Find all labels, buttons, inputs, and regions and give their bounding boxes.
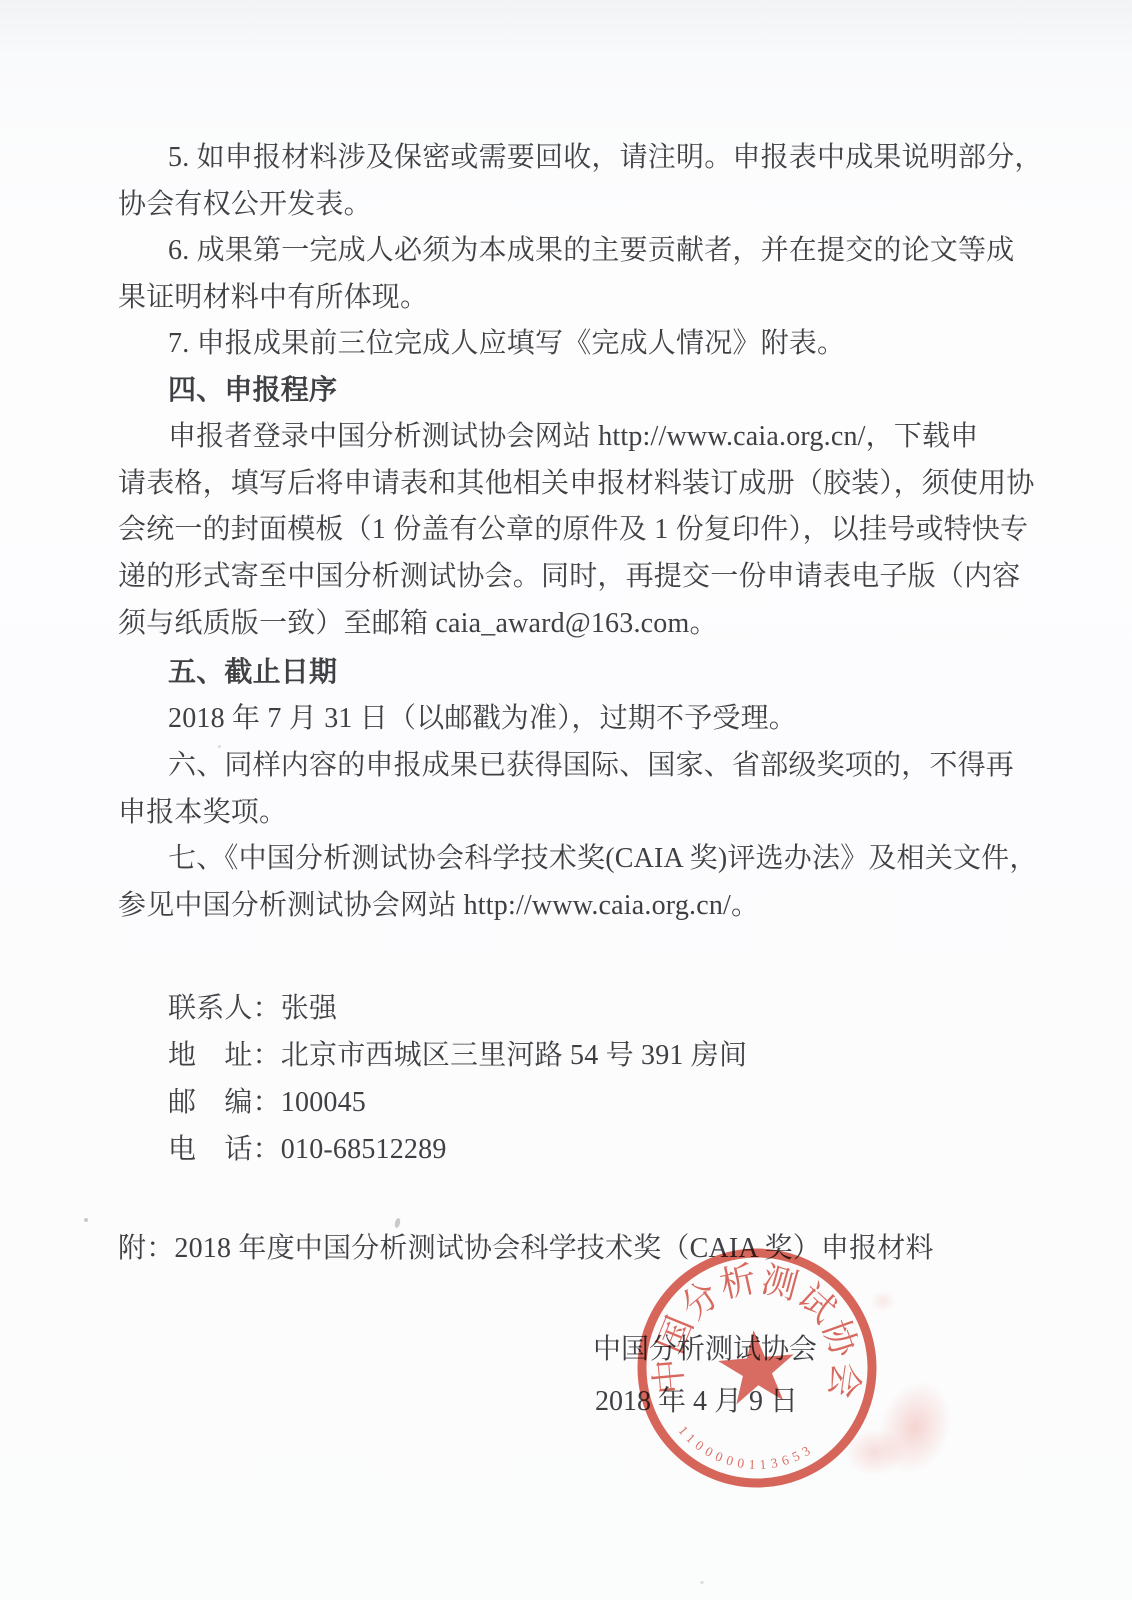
- text-line: 申报者登录中国分析测试协会网站 http://www.caia.org.cn/，…: [168, 420, 978, 454]
- text-line: 六、同样内容的申报成果已获得国际、国家、省部级奖项的，不得再: [168, 749, 1014, 783]
- text-line: 果证明材料中有所体现。: [118, 281, 428, 315]
- document-page: 5. 如申报材料涉及保密或需要回收，请注明。申报表中成果说明部分，协会有权公开发…: [0, 0, 1132, 1600]
- text-line: 地 址：北京市西城区三里河路 54 号 391 房间: [168, 1039, 747, 1073]
- text-line: 2018 年 7 月 31 日（以邮戳为准），过期不予受理。: [168, 702, 797, 736]
- text-line: 电 话：010-68512289: [168, 1133, 447, 1167]
- text-line: 会统一的封面模板（1 份盖有公章的原件及 1 份复印件），以挂号或特快专: [118, 513, 1028, 547]
- text-line: 七、《中国分析测试协会科学技术奖(CAIA 奖)评选办法》及相关文件，: [168, 842, 1038, 876]
- official-seal: 中国分析测试协会 1100000113653: [617, 1228, 897, 1508]
- text-line: 须与纸质版一致）至邮箱 caia_award@163.com。: [118, 607, 718, 641]
- text-line: 协会有权公开发表。: [118, 188, 372, 222]
- text-line: 四、申报程序: [168, 374, 337, 408]
- svg-text:1100000113653: 1100000113653: [672, 1422, 817, 1480]
- scan-speck: [84, 1218, 88, 1222]
- text-line: 申报本奖项。: [118, 796, 287, 830]
- text-line: 联系人：张强: [168, 992, 337, 1026]
- scan-speck: [218, 745, 221, 748]
- text-line: 6. 成果第一完成人必须为本成果的主要贡献者，并在提交的论文等成: [168, 234, 1014, 268]
- text-line: 7. 申报成果前三位完成人应填写《完成人情况》附表。: [168, 327, 845, 361]
- text-line: 五、截止日期: [168, 656, 337, 690]
- scan-speck: [394, 1218, 401, 1229]
- text-line: 邮 编：100045: [168, 1086, 366, 1120]
- text-line: 5. 如申报材料涉及保密或需要回收，请注明。申报表中成果说明部分，: [168, 141, 1043, 175]
- seal-serial-number: 1100000113653: [672, 1422, 817, 1480]
- text-line: 递的形式寄至中国分析测试协会。同时，再提交一份申请表电子版（内容: [118, 560, 1020, 594]
- text-line: 请表格，填写后将申请表和其他相关申报材料装订成册（胶装），须使用协: [118, 467, 1035, 501]
- seal-star-icon: [716, 1327, 798, 1406]
- text-line: 参见中国分析测试协会网站 http://www.caia.org.cn/。: [118, 889, 759, 923]
- scan-speck: [700, 1581, 704, 1584]
